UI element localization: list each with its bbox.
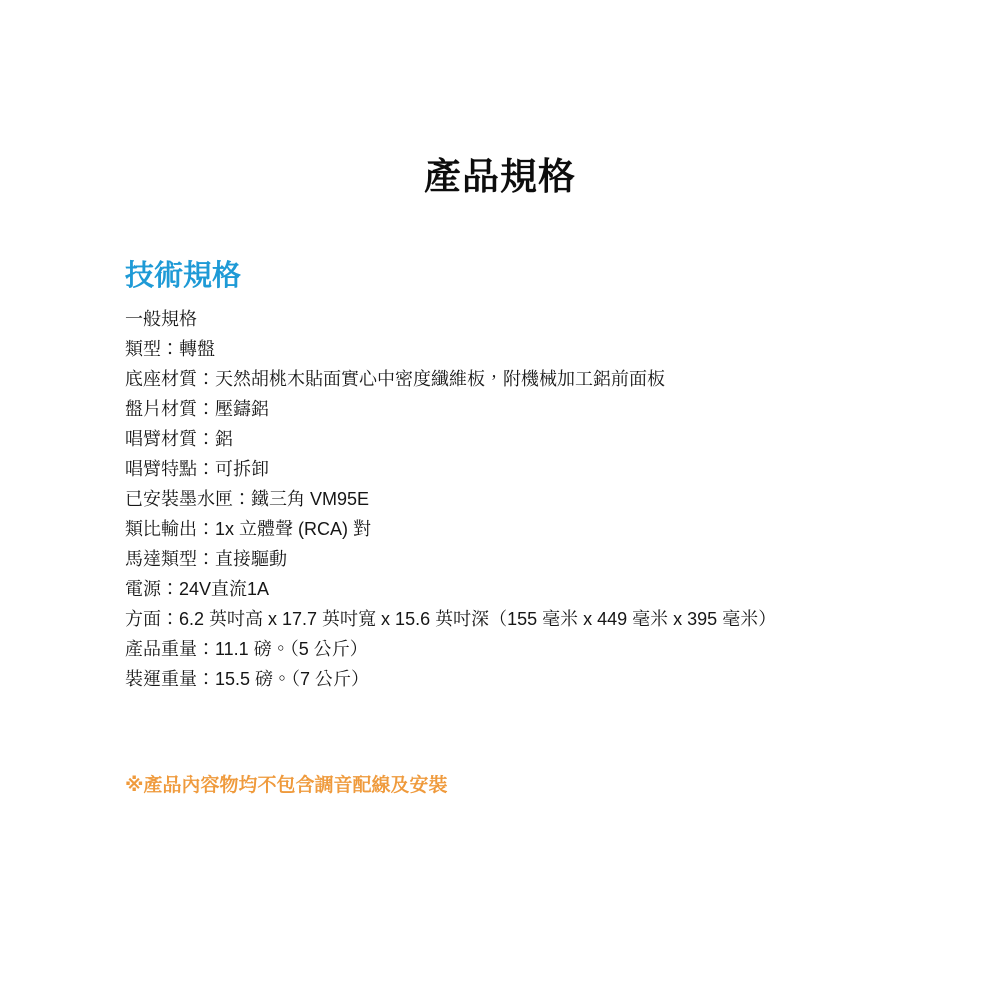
- spec-row: 底座材質：天然胡桃木貼面實心中密度纖維板，附機械加工鋁前面板: [125, 364, 945, 394]
- spec-row: 唱臂材質：鋁: [125, 424, 945, 454]
- spec-row: 類比輸出：1x 立體聲 (RCA) 對: [125, 514, 945, 544]
- spec-row: 產品重量：11.1 磅。（5 公斤）: [125, 634, 945, 664]
- spec-row: 盤片材質：壓鑄鋁: [125, 394, 945, 424]
- spec-row: 唱臂特點：可拆卸: [125, 454, 945, 484]
- spec-row: 已安裝墨水匣：鐵三角 VM95E: [125, 484, 945, 514]
- section-heading-technical-specs: 技術規格: [125, 253, 241, 294]
- spec-group-label: 一般規格: [125, 304, 945, 334]
- page-title: 產品規格: [0, 146, 1000, 200]
- spec-row: 馬達類型：直接驅動: [125, 544, 945, 574]
- spec-row: 方面：6.2 英吋高 x 17.7 英吋寬 x 15.6 英吋深（155 毫米 …: [125, 604, 945, 634]
- product-spec-page: 產品規格 技術規格 一般規格 類型：轉盤底座材質：天然胡桃木貼面實心中密度纖維板…: [0, 0, 1000, 1000]
- spec-row: 裝運重量：15.5 磅。（7 公斤）: [125, 664, 945, 694]
- spec-row: 電源：24V直流1A: [125, 574, 945, 604]
- spec-list: 一般規格 類型：轉盤底座材質：天然胡桃木貼面實心中密度纖維板，附機械加工鋁前面板…: [125, 304, 945, 694]
- footnote: ※產品內容物均不包含調音配線及安裝: [125, 770, 447, 797]
- spec-row: 類型：轉盤: [125, 334, 945, 364]
